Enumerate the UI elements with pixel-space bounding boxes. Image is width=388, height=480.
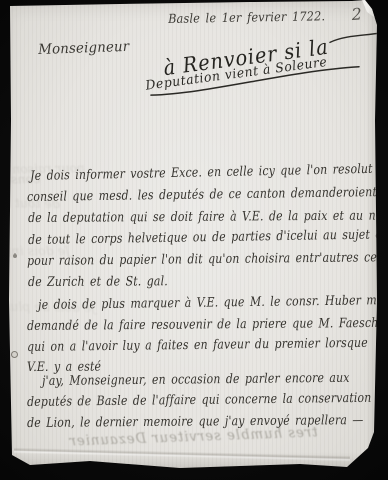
letter-page: conseil que mesd. les deputés de ce cant… xyxy=(0,0,388,480)
scan-background: conseil que mesd. les deputés de ce cant… xyxy=(0,0,388,480)
archive-page-number: 2 xyxy=(351,4,363,24)
body-line: demandé de la faire resouvenir de la pri… xyxy=(27,316,378,334)
margin-ink-mark xyxy=(11,351,18,358)
body-line: pour raison du papier l'on dit qu'on cho… xyxy=(27,250,388,269)
body-line: de Lion, le dernier memoire que j'ay env… xyxy=(27,413,363,431)
body-line: de Zurich et de St. gal. xyxy=(28,274,168,290)
diagonal-annotation: à Renvoier si la Deputation vient à Sole… xyxy=(142,21,388,109)
body-line: qui on a l'avoir luy a faites en faveur … xyxy=(27,336,368,355)
body-line: je dois de plus marquer à V.E. que M. le… xyxy=(38,293,387,313)
body-line: de tout le corps helvetique ou de partie… xyxy=(28,227,387,248)
body-line: de la deputation qui se doit faire à V.E… xyxy=(28,208,388,226)
right-edge-shadow xyxy=(366,0,380,480)
bottom-edge-shadow xyxy=(10,452,378,468)
dateline: Basle le 1er fevrier 1722. xyxy=(168,8,325,26)
margin-ink-mark xyxy=(13,254,17,258)
pen-flourish-tail xyxy=(327,24,388,46)
body-line: conseil que mesd. les deputés de ce cant… xyxy=(27,184,388,205)
body-line: j'ay, Monseigneur, en occasion de parler… xyxy=(42,371,350,389)
body-line: deputés de Basle de l'affaire qui concer… xyxy=(27,391,372,410)
salutation: Monseigneur xyxy=(38,39,130,58)
